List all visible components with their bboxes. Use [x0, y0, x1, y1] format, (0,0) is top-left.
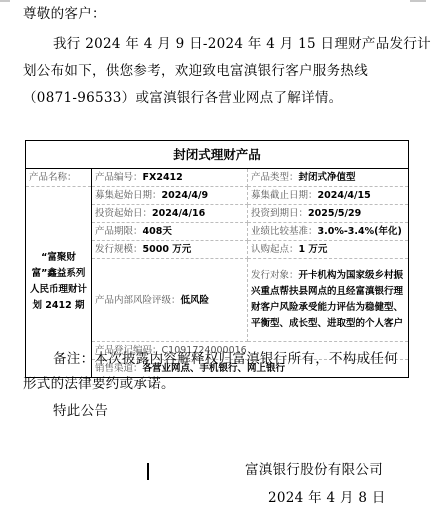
text-cursor: [147, 463, 149, 480]
product-code-cell: 产品编号：FX2412: [92, 169, 248, 187]
cell-label: 产品内部风险评级：: [95, 295, 181, 306]
cell-value: 2024/4/15: [318, 190, 371, 201]
cell-value: 408天: [143, 226, 172, 237]
product-name-label: 产品名称：: [26, 169, 92, 187]
cell-value: 2025/5/29: [308, 208, 361, 219]
cell-value: 2024/4/9: [162, 190, 209, 201]
cell-label: 认购起点：: [251, 244, 299, 255]
cell-label: 产品编号：: [95, 172, 143, 183]
note-line-2: 形式的法律要约或承诺。: [23, 371, 418, 398]
raise-end-cell: 募集截止日期：2024/4/15: [248, 187, 409, 205]
product-type-cell: 产品类型：封闭式净值型: [248, 169, 409, 187]
intro-line-2: 划公布如下，供您参考，欢迎致电富滇银行客户服务热线: [23, 58, 418, 85]
cell-value: 1 万元: [299, 244, 328, 255]
product-table: 封闭式理财产品 产品名称： 产品编号：FX2412 产品类型：封闭式净值型 “富…: [25, 140, 409, 378]
note-line-1: 备注：本次披露内容解释权归富滇银行所有，不构成任何: [23, 346, 432, 373]
table-title: 封闭式理财产品: [26, 141, 409, 169]
cell-label: 发行对象：: [251, 270, 299, 281]
cell-value: 5000 万元: [143, 244, 192, 255]
cell-label: 投资到期日：: [251, 208, 308, 219]
maturity-cell: 投资到期日：2025/5/29: [248, 205, 409, 223]
signature-company: 富滇银行股份有限公司: [245, 457, 425, 484]
cell-label: 产品期限：: [95, 226, 143, 237]
cell-label: 募集起始日期：: [95, 190, 162, 201]
cell-value: 封闭式净值型: [299, 172, 356, 183]
min-subscription-cell: 认购起点：1 万元: [248, 241, 409, 259]
cell-label: 投资起始日：: [95, 208, 152, 219]
cell-label: 产品类型：: [251, 172, 299, 183]
invest-start-cell: 投资起始日：2024/4/16: [92, 205, 248, 223]
target-customers-cell: 发行对象：开卡机构为国家级乡村振兴重点帮扶县网点的且经富滇银行理财客户风险承受能…: [248, 259, 409, 342]
page-corner-mark: [0, 0, 10, 2]
raise-start-cell: 募集起始日期：2024/4/9: [92, 187, 248, 205]
cell-value: FX2412: [143, 172, 183, 183]
scale-cell: 发行规模：5000 万元: [92, 241, 248, 259]
cell-label: 发行规模：: [95, 244, 143, 255]
cell-label: 业绩比较基准：: [251, 226, 318, 237]
cell-value: 低风险: [181, 295, 210, 306]
cell-label: 募集截止日期：: [251, 190, 318, 201]
intro-line-3: （0871-96533）或富滇银行各营业网点了解详情。: [23, 85, 418, 112]
signature-date: 2024 年 4 月 8 日: [268, 485, 418, 512]
cell-value: 3.0%-3.4%(年化): [318, 226, 402, 237]
term-cell: 产品期限：408天: [92, 223, 248, 241]
intro-line-1: 我行 2024 年 4 月 9 日-2024 年 4 月 15 日理财产品发行计: [23, 31, 432, 58]
risk-level-cell: 产品内部风险评级：低风险: [92, 259, 248, 342]
greeting: 尊敬的客户：: [23, 1, 418, 28]
cell-value: 2024/4/16: [152, 208, 205, 219]
benchmark-cell: 业绩比较基准：3.0%-3.4%(年化): [248, 223, 409, 241]
closing-text: 特此公告: [23, 398, 432, 425]
